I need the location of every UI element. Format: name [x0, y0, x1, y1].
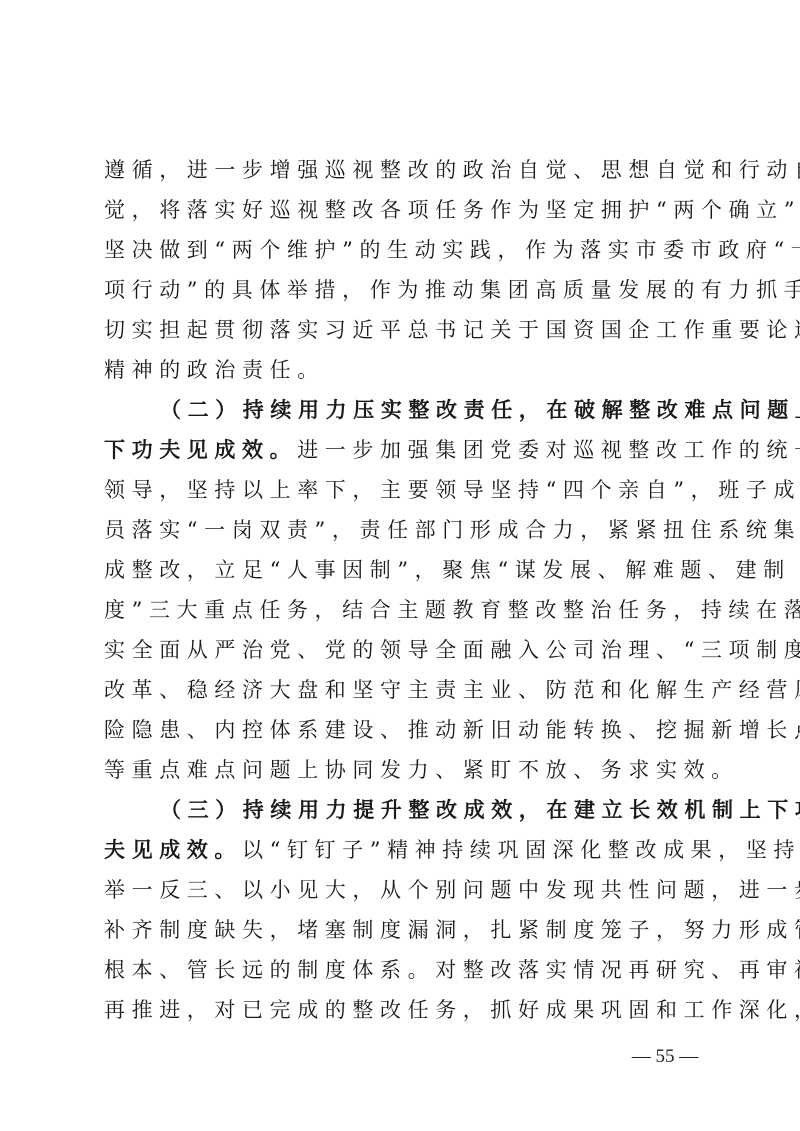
text-line: 再推进，对已完成的整改任务，抓好成果巩固和工作深化，	[104, 990, 696, 1030]
text-line: 精神的政治责任。	[104, 350, 696, 390]
body-text: 进一步加强集团党委对巡视整改工作的统一	[297, 438, 800, 462]
text-line: 项行动”的具体举措，作为推动集团高质量发展的有力抓手，	[104, 270, 696, 310]
text-line: 根本、管长远的制度体系。对整改落实情况再研究、再审视、	[104, 950, 696, 990]
text-line: 夫见成效。以“钉钉子”精神持续巩固深化整改成果，坚持	[104, 830, 696, 870]
text-line: 坚决做到“两个维护”的生动实践，作为落实市委市政府“十	[104, 230, 696, 270]
text-line: 等重点难点问题上协同发力、紧盯不放、务求实效。	[104, 750, 696, 790]
text-line: 领导，坚持以上率下，主要领导坚持“四个亲自”，班子成	[104, 470, 696, 510]
section-heading-2: （二）持续用力压实整改责任，在破解整改难点问题上	[104, 390, 696, 430]
heading-text: （二）持续用力压实整改责任，在破解整改难点问题上	[160, 397, 800, 422]
heading-text: 夫见成效。	[104, 837, 242, 862]
page-number: — 55 —	[620, 1046, 710, 1068]
text-line: 险隐患、内控体系建设、推动新旧动能转换、挖掘新增长点	[104, 710, 696, 750]
text-line: 举一反三、以小见大，从个别问题中发现共性问题，进一步	[104, 870, 696, 910]
document-body: 遵循，进一步增强巡视整改的政治自觉、思想自觉和行动自 觉，将落实好巡视整改各项任…	[104, 150, 696, 1030]
text-line: 成整改，立足“人事因制”，聚焦“谋发展、解难题、建制	[104, 550, 696, 590]
text-line: 员落实“一岗双责”，责任部门形成合力，紧紧扭住系统集	[104, 510, 696, 550]
text-line: 切实担起贯彻落实习近平总书记关于国资国企工作重要论述	[104, 310, 696, 350]
text-line: 遵循，进一步增强巡视整改的政治自觉、思想自觉和行动自	[104, 150, 696, 190]
heading-text: （三）持续用力提升整改成效，在建立长效机制上下功	[160, 797, 800, 822]
text-line: 度”三大重点任务，结合主题教育整改整治任务，持续在落	[104, 590, 696, 630]
text-line: 下功夫见成效。进一步加强集团党委对巡视整改工作的统一	[104, 430, 696, 470]
text-line: 补齐制度缺失，堵塞制度漏洞，扎紧制度笼子，努力形成管	[104, 910, 696, 950]
text-line: 觉，将落实好巡视整改各项任务作为坚定拥护“两个确立”，	[104, 190, 696, 230]
section-heading-3: （三）持续用力提升整改成效，在建立长效机制上下功	[104, 790, 696, 830]
text-line: 实全面从严治党、党的领导全面融入公司治理、“三项制度”	[104, 630, 696, 670]
heading-text: 下功夫见成效。	[104, 437, 297, 462]
text-line: 改革、稳经济大盘和坚守主责主业、防范和化解生产经营风	[104, 670, 696, 710]
body-text: 以“钉钉子”精神持续巩固深化整改成果，坚持	[242, 838, 800, 862]
